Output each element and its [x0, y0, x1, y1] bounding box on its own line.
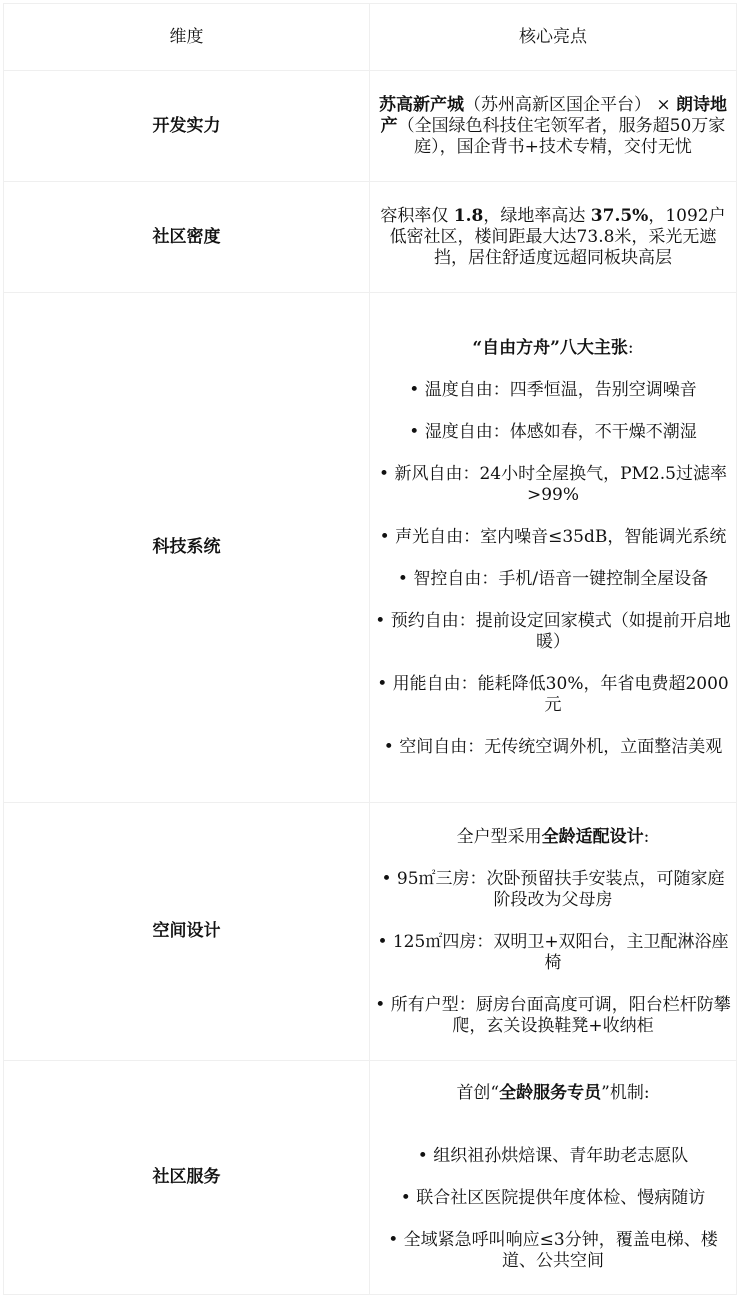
- list-item: • 湿度自由：体感如春，不干燥不潮湿: [374, 422, 732, 443]
- dimension-cell: 社区密度: [4, 182, 370, 293]
- table-row: 社区服务 首创“全龄服务专员”机制: • 组织祖孙烘焙课、青年助老志愿队 • 联…: [4, 1061, 737, 1295]
- plot-ratio-value: 1.8: [454, 206, 484, 226]
- text-segment: :: [644, 827, 650, 847]
- text-segment: :: [628, 338, 634, 358]
- table-row: 开发实力 苏高新产城（苏州高新区国企平台） × 朗诗地产（全国绿色科技住宅领军者…: [4, 71, 737, 182]
- list-item: • 组织祖孙烘焙课、青年助老志愿队: [374, 1146, 732, 1167]
- intro-bold: 全龄适配设计: [542, 827, 644, 847]
- list-item: • 全域紧急呼叫响应≤3分钟，覆盖电梯、楼道、公共空间: [374, 1230, 732, 1272]
- project-highlights-table: 维度 核心亮点 开发实力 苏高新产城（苏州高新区国企平台） × 朗诗地产（全国绿…: [3, 3, 737, 1295]
- list-item: • 空间自由：无传统空调外机，立面整洁美观: [374, 737, 732, 758]
- text-segment: ”机制:: [601, 1083, 649, 1103]
- list-item: • 95㎡三房：次卧预留扶手安装点，可随家庭阶段改为父母房: [374, 869, 732, 911]
- list-item: • 声光自由：室内噪音≤35dB，智能调光系统: [374, 527, 732, 548]
- list-item: • 用能自由：能耗降低30%，年省电费超2000元: [374, 674, 732, 716]
- text-segment: （全国绿色科技住宅领军者，服务超50万家庭），国企背书+技术专精，交付无忧: [398, 116, 726, 157]
- column-header-highlights: 核心亮点: [370, 4, 737, 71]
- highlight-cell: 首创“全龄服务专员”机制: • 组织祖孙烘焙课、青年助老志愿队 • 联合社区医院…: [370, 1061, 737, 1295]
- text-segment: ，绿地率高达: [483, 206, 590, 226]
- green-ratio-value: 37.5%: [591, 206, 649, 226]
- list-item: • 智控自由：手机/语音一键控制全屋设备: [374, 569, 732, 590]
- column-header-dimension: 维度: [4, 4, 370, 71]
- list-item: • 联合社区医院提供年度体检、慢病随访: [374, 1188, 732, 1209]
- highlight-cell: “自由方舟”八大主张: • 温度自由：四季恒温，告别空调噪音 • 湿度自由：体感…: [370, 293, 737, 803]
- intro-text: 全户型采用全龄适配设计:: [374, 827, 732, 848]
- text-segment: 首创“: [456, 1083, 499, 1103]
- list-item: • 预约自由：提前设定回家模式（如提前开启地暖）: [374, 611, 732, 653]
- list-item: • 所有户型：厨房台面高度可调，阳台栏杆防攀爬，玄关设换鞋凳+收纳柜: [374, 995, 732, 1037]
- table-row: 社区密度 容积率仅 1.8，绿地率高达 37.5%，1092户低密社区，楼间距最…: [4, 182, 737, 293]
- intro-text: “自由方舟”八大主张:: [374, 338, 732, 359]
- dimension-cell: 空间设计: [4, 803, 370, 1061]
- table-header-row: 维度 核心亮点: [4, 4, 737, 71]
- highlight-cell: 苏高新产城（苏州高新区国企平台） × 朗诗地产（全国绿色科技住宅领军者，服务超5…: [370, 71, 737, 182]
- dimension-cell: 开发实力: [4, 71, 370, 182]
- text-segment: 全户型采用: [457, 827, 542, 847]
- text-segment: 容积率仅: [380, 206, 453, 226]
- highlight-text: 苏高新产城（苏州高新区国企平台） × 朗诗地产（全国绿色科技住宅领军者，服务超5…: [374, 95, 732, 158]
- dimension-cell: 科技系统: [4, 293, 370, 803]
- table-row: 科技系统 “自由方舟”八大主张: • 温度自由：四季恒温，告别空调噪音 • 湿度…: [4, 293, 737, 803]
- list-item: • 新风自由：24小时全屋换气，PM2.5过滤率>99%: [374, 464, 732, 506]
- table-row: 空间设计 全户型采用全龄适配设计: • 95㎡三房：次卧预留扶手安装点，可随家庭…: [4, 803, 737, 1061]
- intro-bold: “自由方舟”八大主张: [472, 338, 628, 358]
- developer-name: 苏高新产城: [379, 95, 464, 115]
- list-item: • 温度自由：四季恒温，告别空调噪音: [374, 380, 732, 401]
- dimension-cell: 社区服务: [4, 1061, 370, 1295]
- highlight-cell: 容积率仅 1.8，绿地率高达 37.5%，1092户低密社区，楼间距最大达73.…: [370, 182, 737, 293]
- intro-bold: 全龄服务专员: [499, 1083, 601, 1103]
- intro-text: 首创“全龄服务专员”机制:: [374, 1083, 732, 1104]
- highlight-text: 容积率仅 1.8，绿地率高达 37.5%，1092户低密社区，楼间距最大达73.…: [374, 206, 732, 269]
- list-item: • 125㎡四房：双明卫+双阳台，主卫配淋浴座椅: [374, 932, 732, 974]
- text-segment: （苏州高新区国企平台） ×: [464, 95, 676, 115]
- highlight-cell: 全户型采用全龄适配设计: • 95㎡三房：次卧预留扶手安装点，可随家庭阶段改为父…: [370, 803, 737, 1061]
